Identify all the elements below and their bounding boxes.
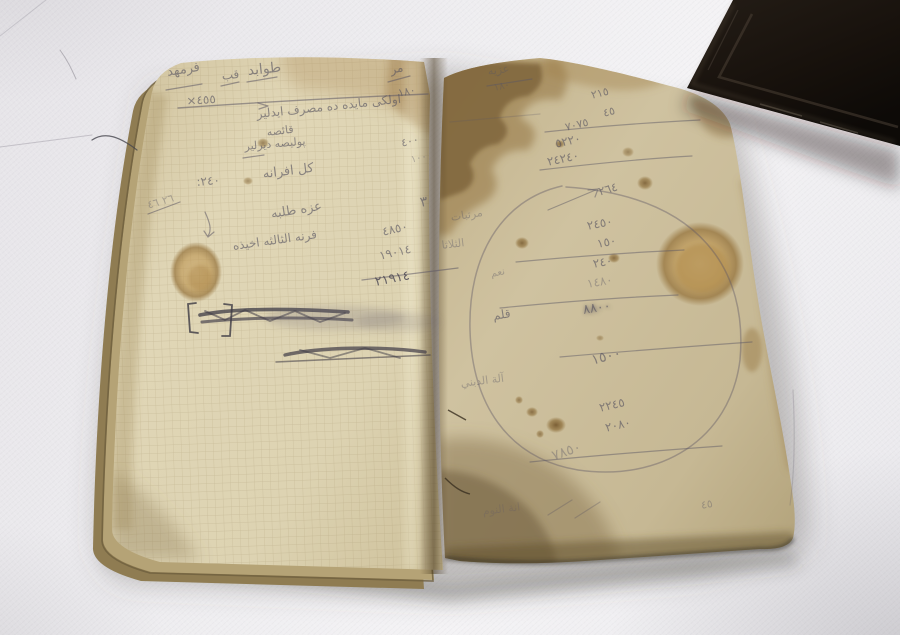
notebook-photo-graphics — [0, 0, 900, 635]
left-page — [110, 35, 443, 573]
hair-fiber — [0, 0, 137, 150]
photo-scene: فرمهد قب طوابد مر ١٨٠ ٤٥٥× اولكى مايده د… — [0, 0, 900, 635]
